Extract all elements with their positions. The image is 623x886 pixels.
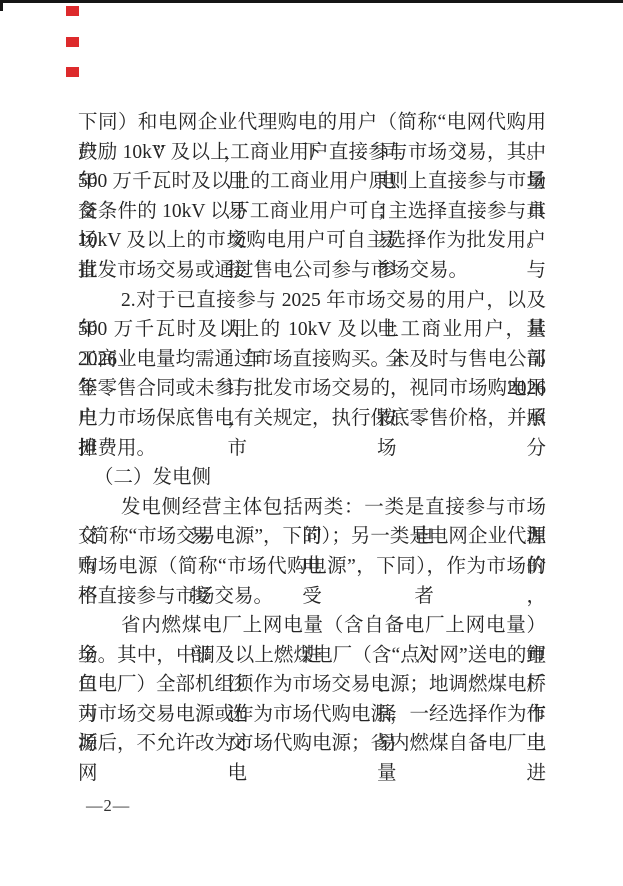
page-number: —2— bbox=[86, 796, 130, 816]
text-line: 口电厂）全部机组须作为市场交易电源；地调燃煤电厂可选择作 bbox=[78, 670, 546, 700]
text-line: 2.对于已直接参与 2025 年市场交易的用户，以及年用电量 bbox=[78, 286, 546, 316]
scan-edge-top bbox=[0, 0, 623, 3]
text-line: 场。其中，中调及以上燃煤电厂（含“点对网”送电的鲤鱼江、桥 bbox=[78, 641, 546, 671]
section-heading: （二）发电侧 bbox=[78, 463, 546, 493]
text-line: 发电侧经营主体包括两类：一类是直接参与市场交易的电源 bbox=[78, 493, 546, 523]
text-line: 源后，不允许改为市场代购电源；省内燃煤自备电厂上网电量进 bbox=[78, 729, 546, 759]
text-line: 500 万千瓦时及以上的工商业用户原则上直接参与市场交易；具 bbox=[78, 167, 546, 197]
text-line: 10kV 及以上的市场购电用户可自主选择作为批发用户直接参与 bbox=[78, 226, 546, 256]
text-line: 为市场交易电源或作为市场代购电源，一经选择作为市场交易电 bbox=[78, 700, 546, 730]
text-line: 鼓励 10kV 及以上工商业用户直接参与市场交易，其中年用电量 bbox=[78, 138, 546, 168]
text-line: 工商业电量均需通过市场直接购买。未及时与售电公司签订 2026 bbox=[78, 345, 546, 375]
text-line: 备条件的 10kV 以下工商业用户可自主选择直接参与市场交易。 bbox=[78, 197, 546, 227]
scan-edge-corner bbox=[0, 0, 3, 11]
text-line: （简称“市场交易电源”，下同）；另一类是电网企业代理购电的 bbox=[78, 522, 546, 552]
red-mark-icon bbox=[66, 6, 79, 16]
text-line: 电力市场保底售电有关规定，执行保底零售价格，并承担市场分 bbox=[78, 404, 546, 434]
text-line: 500 万千瓦时及以上的 10kV 及以上工商业用户，其 2026 年全部 bbox=[78, 315, 546, 345]
red-mark-icon bbox=[66, 37, 79, 47]
text-line: 市场电源（简称“市场代购电源”，下同），作为市场价格接受者， bbox=[78, 552, 546, 582]
text-line: 年零售合同或未参与批发市场交易的，视同市场购电用户，按照 bbox=[78, 374, 546, 404]
text-line: 省内燃煤电厂上网电量（含自备电厂上网电量）全部进入市 bbox=[78, 611, 546, 641]
document-body: 下同）和电网企业代理购电的用户（简称“电网代购用户”，下同）。 鼓励 10kV … bbox=[78, 108, 546, 759]
red-mark-icon bbox=[66, 67, 79, 77]
text-line: 下同）和电网企业代理购电的用户（简称“电网代购用户”，下同）。 bbox=[78, 108, 546, 138]
